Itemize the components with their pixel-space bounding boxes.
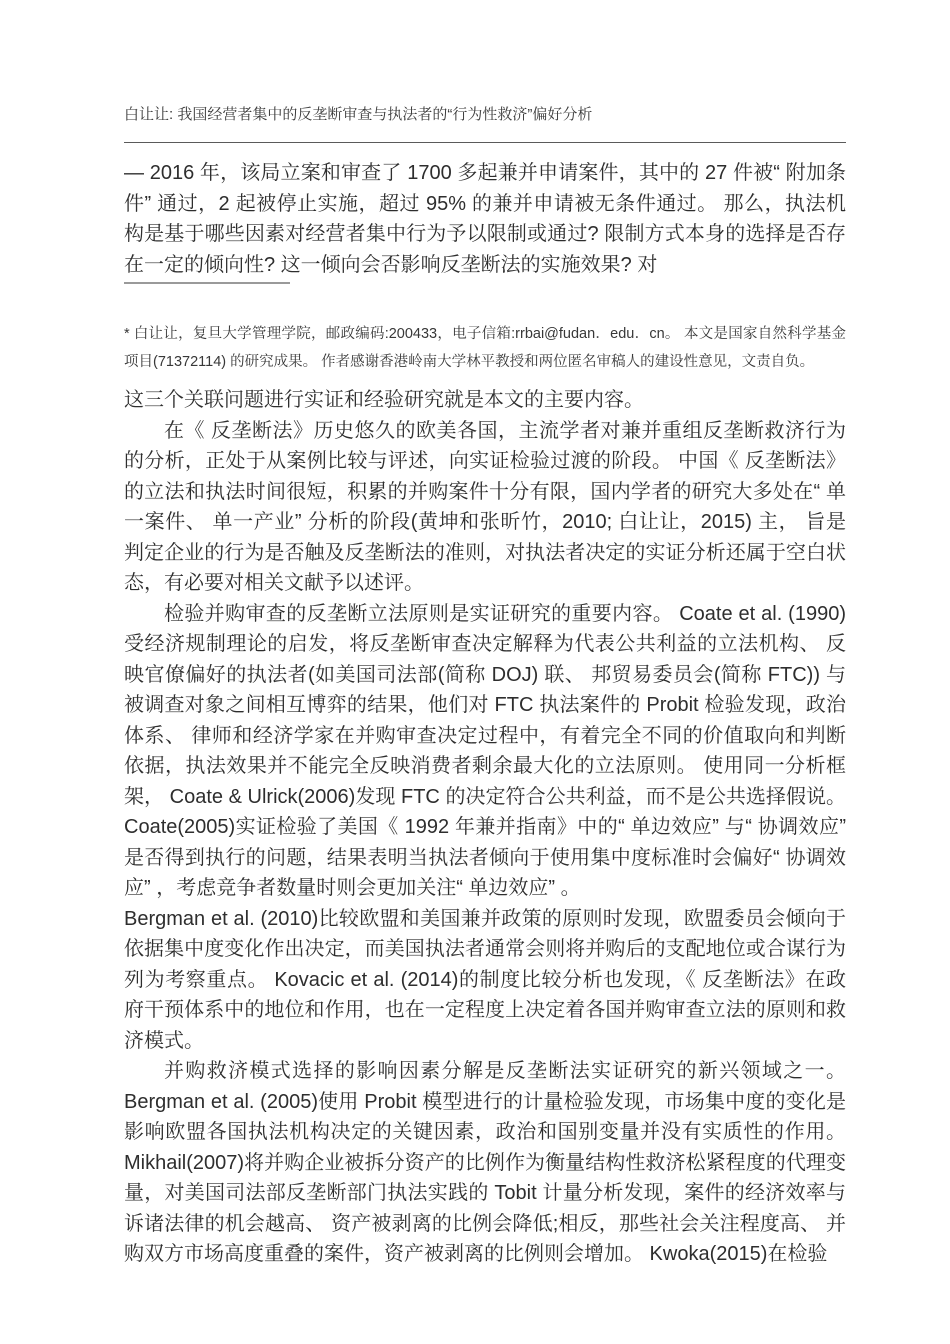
document-page: 白让让: 我国经营者集中的反垄断审查与执法者的“行为性救济”偏好分析 — 201… [124,0,846,1270]
intro-paragraph: — 2016 年，该局立案和审查了 1700 多起兼并申请案件，其中的 27 件… [124,158,846,280]
footnote: * 白让让，复旦大学管理学院，邮政编码:200433，电子信箱:rrbai@fu… [124,320,846,376]
body-paragraph: 检验并购审查的反垄断立法原则是实证研究的重要内容。 Coate et al. (… [124,599,846,904]
body-paragraph: 并购救济模式选择的影响因素分解是反垄断法实证研究的新兴领域之一。 Bergman… [124,1056,846,1270]
body-paragraph: 在《 反垄断法》历史悠久的欧美各国，主流学者对兼并重组反垄断救济行为的分析，正处… [124,416,846,599]
header-divider [124,142,846,143]
body-paragraph: Bergman et al. (2010)比较欧盟和美国兼并政策的原则时发现，欧… [124,904,846,1057]
footnote-divider [124,282,290,284]
running-head: 白让让: 我国经营者集中的反垄断审查与执法者的“行为性救济”偏好分析 [124,104,846,126]
body-text: 这三个关联问题进行实证和经验研究就是本文的主要内容。 在《 反垄断法》历史悠久的… [124,385,846,1270]
body-paragraph: 这三个关联问题进行实证和经验研究就是本文的主要内容。 [124,385,846,416]
